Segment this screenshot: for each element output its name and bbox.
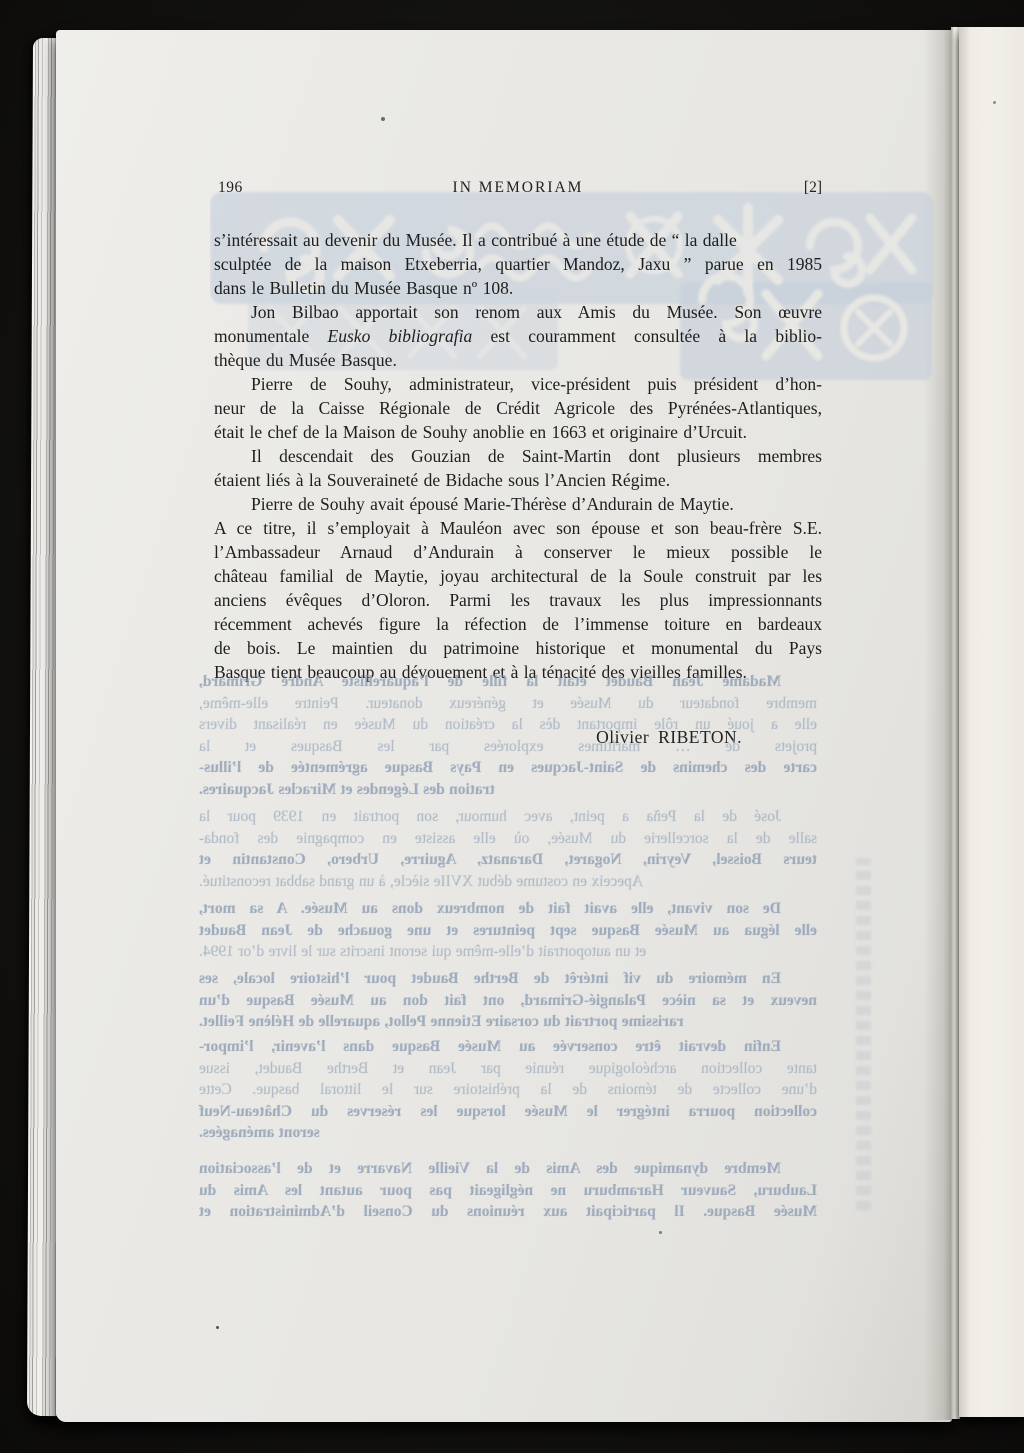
folio-marker: [2] [804, 179, 822, 197]
dust-speck [381, 117, 385, 121]
dust-speck [216, 1326, 219, 1329]
italic-work-title: Eusko bibliografia [328, 326, 473, 346]
text-line: était le chef de la Maison de Souhy anob… [214, 420, 822, 444]
facing-page-edge [959, 27, 1024, 1417]
bleed-text-line: carte des chemins de Saint-Jacques en Pa… [199, 757, 817, 779]
bleedthrough-text-block: En mémoire du vif intérêt de Berthe Baud… [199, 968, 817, 1033]
text-line: sculptée de la maison Etxeberria, quarti… [214, 252, 822, 276]
marginal-bleed-strip [856, 858, 871, 1210]
text-line: de bois. Le maintien du patrimoine histo… [214, 636, 822, 660]
bleedthrough-text-block: Membre dynamique des Amis de la Vieille … [199, 1158, 817, 1223]
bleed-text-line: José de la Peña a peint, avec humour, so… [199, 806, 817, 828]
bleed-text-line: teurs Boissel, Veyrin, Nogaret, Daranatz… [199, 849, 817, 871]
bleedthrough-text-block: Madame Jean Baudet était la fille de l’a… [199, 671, 817, 800]
text-line: Il descendait des Gouzian de Saint-Marti… [214, 444, 822, 468]
text-line: A ce titre, il s’employait à Mauléon ave… [214, 516, 822, 540]
text-segment: est couramment consultée à la biblio- [472, 326, 822, 346]
text-line: s’intéressait au devenir du Musée. Il a … [214, 228, 822, 252]
running-title: IN MEMORIAM [214, 179, 822, 197]
bleed-text-line: collection pourra intégrer le Musée lors… [199, 1101, 817, 1123]
bleed-text-line: Enfin devrait être conservée au Musée Ba… [199, 1036, 817, 1058]
text-line: neur de la Caisse Régionale de Crédit Ag… [214, 396, 822, 420]
body-text-block: s’intéressait au devenir du Musée. Il a … [214, 228, 822, 684]
dust-speck [993, 101, 996, 104]
bleedthrough-text-block: José de la Peña a peint, avec humour, so… [199, 806, 817, 892]
bleed-text-line: salle de la sorcellerie du Musée, où ell… [199, 828, 817, 850]
bleed-text-line: d’une collecte de témoins de la préhisto… [199, 1079, 817, 1101]
text-line: anciens évêques d’Oloron. Parmi les trav… [214, 588, 822, 612]
text-line: étaient liés à la Souveraineté de Bidach… [214, 468, 822, 492]
bleed-text-line: et un autoportrait d’elle-même qui seron… [199, 941, 817, 963]
dust-speck [659, 1231, 662, 1234]
bleed-text-line: tante collection archéologique réunie pa… [199, 1058, 817, 1080]
text-line: château familial de Maytie, joyau archit… [214, 564, 822, 588]
text-line: Pierre de Souhy avait épousé Marie-Thérè… [214, 492, 822, 516]
bleed-text-line: elle a joué un rôle important dès la cré… [199, 714, 817, 736]
text-line: thèque du Musée Basque. [214, 348, 822, 372]
bleed-text-line: membre fondateur du Musée et généreux do… [199, 693, 817, 715]
bleed-text-line: Lauburu, Sauveur Haramburu ne négligeait… [199, 1180, 817, 1202]
text-segment: monumentale [214, 326, 328, 346]
text-line: l’Ambassadeur Arnaud d’Andurain à conser… [214, 540, 822, 564]
bleed-text-line: Musée Basque. Il participait aux réunion… [199, 1201, 817, 1223]
bleed-text-line: seront aménagées. [199, 1122, 817, 1144]
bleed-text-line: tration des Légendes et Miracles Jacquai… [199, 779, 817, 801]
bleedthrough-text-block: Enfin devrait être conservée au Musée Ba… [199, 1036, 817, 1144]
bleedthrough-text-block: De son vivant, elle avait fait de nombre… [199, 898, 817, 963]
bleed-text-line: De son vivant, elle avait fait de nombre… [199, 898, 817, 920]
text-line: Pierre de Souhy, administrateur, vice-pr… [214, 372, 822, 396]
text-line: monumentale Eusko bibliografia est coura… [214, 324, 822, 348]
bleed-text-line: Membre dynamique des Amis de la Vieille … [199, 1158, 817, 1180]
text-line: récemment achevés figure la réfection de… [214, 612, 822, 636]
text-line: dans le Bulletin du Musée Basque nº 108. [214, 276, 822, 300]
bleed-text-line: neveux et sa nièce Palangié-Grimard, ont… [199, 990, 817, 1012]
bleed-text-line: En mémoire du vif intérêt de Berthe Baud… [199, 968, 817, 990]
text-line: Jon Bilbao apportait son renom aux Amis … [214, 300, 822, 324]
bleed-text-line: rarissime portrait du corsaire Etienne P… [199, 1011, 817, 1033]
page-header: 196 IN MEMORIAM [2] [214, 179, 822, 199]
bleed-text-line: projets de … maritimes explorées par les… [199, 736, 817, 758]
bleed-text-line: elle légua au Musée Basque sept peinture… [199, 920, 817, 942]
scanned-book-page: 196 IN MEMORIAM [2] s’intéressait au dev… [0, 0, 1024, 1453]
bleed-text-line: Apeceix en costume début XVIIe siècle, à… [199, 871, 817, 893]
bleed-text-line: Madame Jean Baudet était la fille de l’a… [199, 671, 817, 693]
